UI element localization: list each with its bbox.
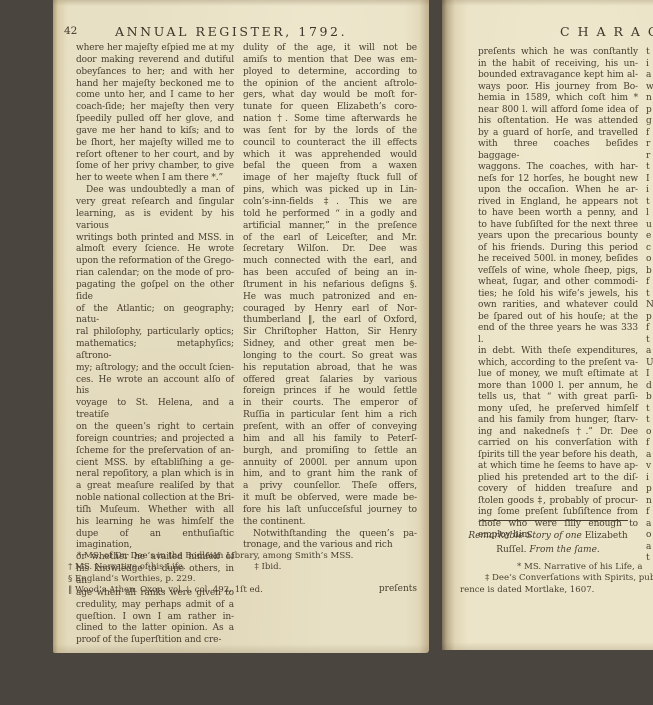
text-line: door making reverend and dutiful: [76, 55, 234, 67]
text-line: ſcheme for the preſervation of an-: [76, 446, 234, 458]
text-line: ſtrument in his nefarious deſigns §.: [243, 280, 417, 292]
clipped-letter: i: [646, 59, 653, 71]
clipped-letter: o: [646, 254, 653, 266]
clipped-letter: w: [646, 82, 653, 94]
clipped-letter: r: [646, 151, 653, 163]
text-line: proof of the ſuperſtition and cre-: [76, 635, 234, 647]
footnote-line: * MS. of Dr. Dee’s in the Bodleian Libra…: [68, 551, 420, 562]
text-line: ces. He wrote an account alſo of his: [76, 375, 234, 399]
text-line: lue of money, we muſt eſtimate at: [478, 369, 638, 381]
text-line: in their courts. The emperor of: [243, 398, 417, 410]
text-line: pins, which was picked up in Lin-: [243, 185, 417, 197]
text-line: was ſent for by the lords of the: [243, 126, 417, 138]
text-line: nation †. Some time afterwards he: [243, 114, 417, 126]
clipped-letter: i: [646, 473, 653, 485]
text-line: much connected with the earl, and: [243, 256, 417, 268]
text-line: noble national collection at the Bri-: [76, 493, 234, 505]
book-scan: 42 ANNUAL REGISTER, 1792. where her maje…: [0, 0, 653, 705]
clipped-letter: e: [646, 231, 653, 243]
section-heading-line-2: Ruſſel. From the ſame.: [462, 544, 634, 558]
text-line: more than 1000 l. per annum, he: [478, 381, 638, 393]
text-line: to have ſubſiſted for the next three: [478, 220, 638, 232]
clipped-letter: c: [646, 243, 653, 255]
clipped-letter: t: [646, 162, 653, 174]
footnote-line: rence is dated Mortlake, 1607.: [460, 585, 653, 596]
text-line: own rarities, and whatever could: [478, 300, 638, 312]
section-rule: [480, 520, 628, 521]
text-line: of his friends. During this period: [478, 243, 638, 255]
text-line: thumberland ‖, the earl of Oxford,: [243, 315, 417, 327]
text-line: hemia in 1589, which coſt him *: [478, 93, 638, 105]
text-line: tells us, that “ with great parſi-: [478, 392, 638, 404]
text-line: ſpeedily pulled off her glove, and: [76, 114, 234, 126]
heading-italic-part: Remarkable Story of one: [468, 531, 584, 541]
text-line: queſtion. I own I am rather in-: [76, 612, 234, 624]
text-line: foreign princes if he would ſettle: [243, 386, 417, 398]
clipped-letter: t: [646, 335, 653, 347]
text-line: wheat, ſugar, and other commodi-: [478, 277, 638, 289]
clipped-letter: g: [646, 116, 653, 128]
text-line: obeyſances to her; and with her: [76, 67, 234, 79]
text-line: upon the occaſion. When he ar-: [478, 185, 638, 197]
text-line: where her majeſty eſpied me at my: [76, 43, 234, 55]
clipped-letter: u: [646, 220, 653, 232]
section-heading: Remarkable Story of one Elizabeth Ruſſel…: [462, 530, 634, 557]
text-line: of the Atlantic; on geography; natu-: [76, 304, 234, 328]
text-line: longing to the court. So great was: [243, 351, 417, 363]
text-line: council to counteract the ill effects: [243, 138, 417, 150]
text-line: tiſh Muſeum. Whether with all: [76, 505, 234, 517]
text-line: learning, as is evident by his various: [76, 209, 234, 233]
left-page: 42 ANNUAL REGISTER, 1792. where her maje…: [53, 0, 429, 653]
text-line: bounded extravagance kept him al-: [478, 70, 638, 82]
clipped-letter: n: [646, 496, 653, 508]
text-line: the opinion of the ancient aſtrolo-: [243, 79, 417, 91]
page-number: 42: [64, 25, 77, 37]
footnote-line: * MS. Narrative of his Life, a: [460, 562, 653, 573]
text-line: by a guard of horſe, and travelled: [478, 128, 638, 140]
text-line: ing and nakedneſs †.” Dr. Dee: [478, 427, 638, 439]
running-head-right: CHARAC: [560, 24, 653, 39]
text-line: he received 500l. in money, beſides: [478, 254, 638, 266]
clipped-letter: t: [646, 415, 653, 427]
text-line: clined to the latter opinion. As a: [76, 623, 234, 635]
text-line: ties; he ſold his wife’s jewels, his: [478, 289, 638, 301]
text-line: He was much patronized and en-: [243, 292, 417, 304]
clipped-letter: a: [646, 70, 653, 82]
footnote-line: ‡ Dee’s Converſations with Spirits, pub: [460, 573, 653, 584]
clipped-letter: I: [646, 174, 653, 186]
clipped-letter: r: [646, 139, 653, 151]
text-line: veſſels of wine, whole ſheep, pigs,: [478, 266, 638, 278]
text-line: couraged by Henry earl of Nor-: [243, 304, 417, 316]
text-line: artificial manner,” in the preſence: [243, 221, 417, 233]
text-line: neſs for 12 horſes, he bought new: [478, 174, 638, 186]
text-line: a privy counſellor. Theſe offers,: [243, 481, 417, 493]
text-line: of the earl of Leiceſter, and Mr.: [243, 233, 417, 245]
clipped-letter: o: [646, 427, 653, 439]
text-line: writings both printed and MSS. in: [76, 233, 234, 245]
text-line: ſecretary Wilſon. Dr. Dee was: [243, 244, 417, 256]
text-line: plied his pretended art to the diſ-: [478, 473, 638, 485]
text-line: waggons. The coaches, with har-: [478, 162, 638, 174]
text-line: amiſs to mention that Dee was em-: [243, 55, 417, 67]
clipped-letter: a: [646, 346, 653, 358]
clipped-letter: t: [646, 197, 653, 209]
text-line: mony uſed, he preſerved himſelf: [478, 404, 638, 416]
text-line: rived in England, he appears not: [478, 197, 638, 209]
clipped-letter: p: [646, 484, 653, 496]
text-line: almoſt every ſcience. He wrote: [76, 244, 234, 256]
text-line: befal the queen from a waxen: [243, 161, 417, 173]
text-line: image of her majeſty ſtuck full of: [243, 173, 417, 185]
text-line: in the habit of receiving, his un-: [478, 59, 638, 71]
text-line: has been accuſed of being an in-: [243, 268, 417, 280]
clipped-letter: t: [646, 404, 653, 416]
text-line: come unto her, and I came to her: [76, 90, 234, 102]
text-line: preſents which he was conſtantly: [478, 47, 638, 59]
text-line: her to weete when I am there *.”: [76, 173, 234, 185]
text-line: be ſpared out of his houſe; at the: [478, 312, 638, 324]
text-line: tunate for queen Elizabeth’s coro-: [243, 102, 417, 114]
text-line: ſome of her privy chamber, to give: [76, 161, 234, 173]
clipped-letter: l: [646, 208, 653, 220]
text-line: his oſtentation. He was attended: [478, 116, 638, 128]
clipped-letter: N: [646, 300, 653, 312]
text-line: told he performed “ in a godly and: [243, 209, 417, 221]
text-line: with three coaches beſides baggage-: [478, 139, 638, 162]
text-line: preſent, with an offer of conveying: [243, 422, 417, 434]
text-line: coach-ſide; her majeſty then very: [76, 102, 234, 114]
text-line: Ruſſia in particular ſent him a rich: [243, 410, 417, 422]
text-line: his learning he was himſelf the: [76, 517, 234, 529]
text-line: my; aſtrology; and the occult ſcien-: [76, 363, 234, 375]
text-line: pagating the goſpel on the other ſide: [76, 280, 234, 304]
right-footnotes: * MS. Narrative of his Life, a‡ Dee’s Co…: [460, 562, 653, 596]
text-line: ſtolen goods ‡, probably of procur-: [478, 496, 638, 508]
text-line: ral philoſophy, particularly optics;: [76, 327, 234, 339]
text-line: foreign countries; and projected a: [76, 434, 234, 446]
text-line: cient MSS. by eſtabliſhing a ge-: [76, 458, 234, 470]
text-line: Notwithſtanding the queen’s pa-: [243, 529, 417, 541]
text-line: coln’s-inn-fields ‡. This we are: [243, 197, 417, 209]
text-line: gave me her hand to kiſs; and to: [76, 126, 234, 138]
footnote-line: † MS. Narrative of his Life. ‡ Ibid.: [68, 562, 420, 573]
text-line: on the queen’s right to certain: [76, 422, 234, 434]
section-heading-line-1: Remarkable Story of one Elizabeth: [462, 530, 634, 544]
clipped-letter: v: [646, 461, 653, 473]
text-line: the continent.: [243, 517, 417, 529]
clipped-letter: a: [646, 519, 653, 531]
clipped-letter: a: [646, 542, 653, 554]
text-line: annuity of 2000l. per annum upon: [243, 458, 417, 470]
text-line: ſpirits till the year before his death,: [478, 450, 638, 462]
text-line: near 800 l. will afford ſome idea of: [478, 105, 638, 117]
clipped-letter: b: [646, 266, 653, 278]
clipped-letter: f: [646, 128, 653, 140]
clipped-letter: d: [646, 381, 653, 393]
text-line: Dee was undoubtedly a man of: [76, 185, 234, 197]
text-line: years upon the precarious bounty: [478, 231, 638, 243]
clipped-letter: i: [646, 185, 653, 197]
right-column-1: preſents which he was conſtantlyin the h…: [478, 47, 638, 542]
text-line: reſort oftener to her court, and by: [76, 150, 234, 162]
text-line: credulity, may perhaps admit of a: [76, 600, 234, 612]
text-line: offered great ſalaries by various: [243, 375, 417, 387]
right-page: CHARAC preſents which he was conſtantlyi…: [442, 0, 653, 650]
clipped-letter: f: [646, 507, 653, 519]
clipped-letter: p: [646, 312, 653, 324]
text-line: which it was apprehended would: [243, 150, 417, 162]
text-line: dulity of the age, it will not be: [243, 43, 417, 55]
text-line: dupe of an enthuſiaſtic imagination,: [76, 529, 234, 553]
text-line: rian calendar; on the mode of pro-: [76, 268, 234, 280]
text-line: neral repoſitory, a plan which is in: [76, 469, 234, 481]
text-line: ployed to determine, according to: [243, 67, 417, 79]
text-line: a great meaſure realiſed by that: [76, 481, 234, 493]
clipped-letter: t: [646, 553, 653, 565]
running-head-left: ANNUAL REGISTER, 1792.: [115, 24, 347, 39]
text-line: to have been worth a penny, and: [478, 208, 638, 220]
clipped-letter: I: [646, 369, 653, 381]
clipped-letter: U: [646, 358, 653, 370]
text-line: burgh, and promiſing to ſettle an: [243, 446, 417, 458]
clipped-letter: f: [646, 438, 653, 450]
text-line: covery of hidden treaſure and: [478, 484, 638, 496]
text-line: ways poor. His journey from Bo-: [478, 82, 638, 94]
clipped-letter: f: [646, 323, 653, 335]
text-line: in debt. With theſe expenditures,: [478, 346, 638, 358]
text-line: it muſt be obſerved, were made be-: [243, 493, 417, 505]
clipped-second-column: tiawnpgfrrtIitluecobftNpftaUIdbttofavipn…: [646, 47, 653, 565]
text-line: very great reſearch and ſingular: [76, 197, 234, 209]
text-line: gers, what day would be moſt for-: [243, 90, 417, 102]
text-line: end of the three years he was 333 l.: [478, 323, 638, 346]
heading-roman-part: Elizabeth: [585, 531, 628, 541]
heading-italic-part: From the ſame.: [529, 545, 599, 555]
text-line: Sir Chriſtopher Hatton, Sir Henry: [243, 327, 417, 339]
clipped-letter: n: [646, 93, 653, 105]
text-line: hand her majeſty beckoned me to: [76, 79, 234, 91]
heading-roman-part: Ruſſel.: [496, 545, 529, 555]
text-line: be ſhort, her majeſty willed me to: [76, 138, 234, 150]
clipped-letter: t: [646, 47, 653, 59]
text-line: fore his laſt unſucceſsful journey to: [243, 505, 417, 517]
clipped-letter: f: [646, 277, 653, 289]
clipped-letter: t: [646, 289, 653, 301]
clipped-letter: o: [646, 530, 653, 542]
text-line: Sidney, and other great men be-: [243, 339, 417, 351]
catchword: preſents: [321, 584, 417, 594]
text-line: voyage to St. Helena, and a treatiſe: [76, 398, 234, 422]
text-line: at which time he ſeems to have ap-: [478, 461, 638, 473]
clipped-letter: b: [646, 392, 653, 404]
text-line: him, and to grant him the rank of: [243, 469, 417, 481]
text-line: which, according to the preſent va-: [478, 358, 638, 370]
text-line: him and all his family to Peterſ-: [243, 434, 417, 446]
clipped-letter: p: [646, 105, 653, 117]
text-line: his reputation abroad, that he was: [243, 363, 417, 375]
text-line: and his family from hunger, ſtarv-: [478, 415, 638, 427]
left-column-2: dulity of the age, it will not beamiſs t…: [243, 43, 417, 552]
clipped-letter: a: [646, 450, 653, 462]
text-line: upon the reformation of the Grego-: [76, 256, 234, 268]
text-line: ing ſome preſent ſubſiſtence from: [478, 507, 638, 519]
text-line: carried on his converſation with: [478, 438, 638, 450]
text-line: mathematics; metaphyſics; aſtrono-: [76, 339, 234, 363]
